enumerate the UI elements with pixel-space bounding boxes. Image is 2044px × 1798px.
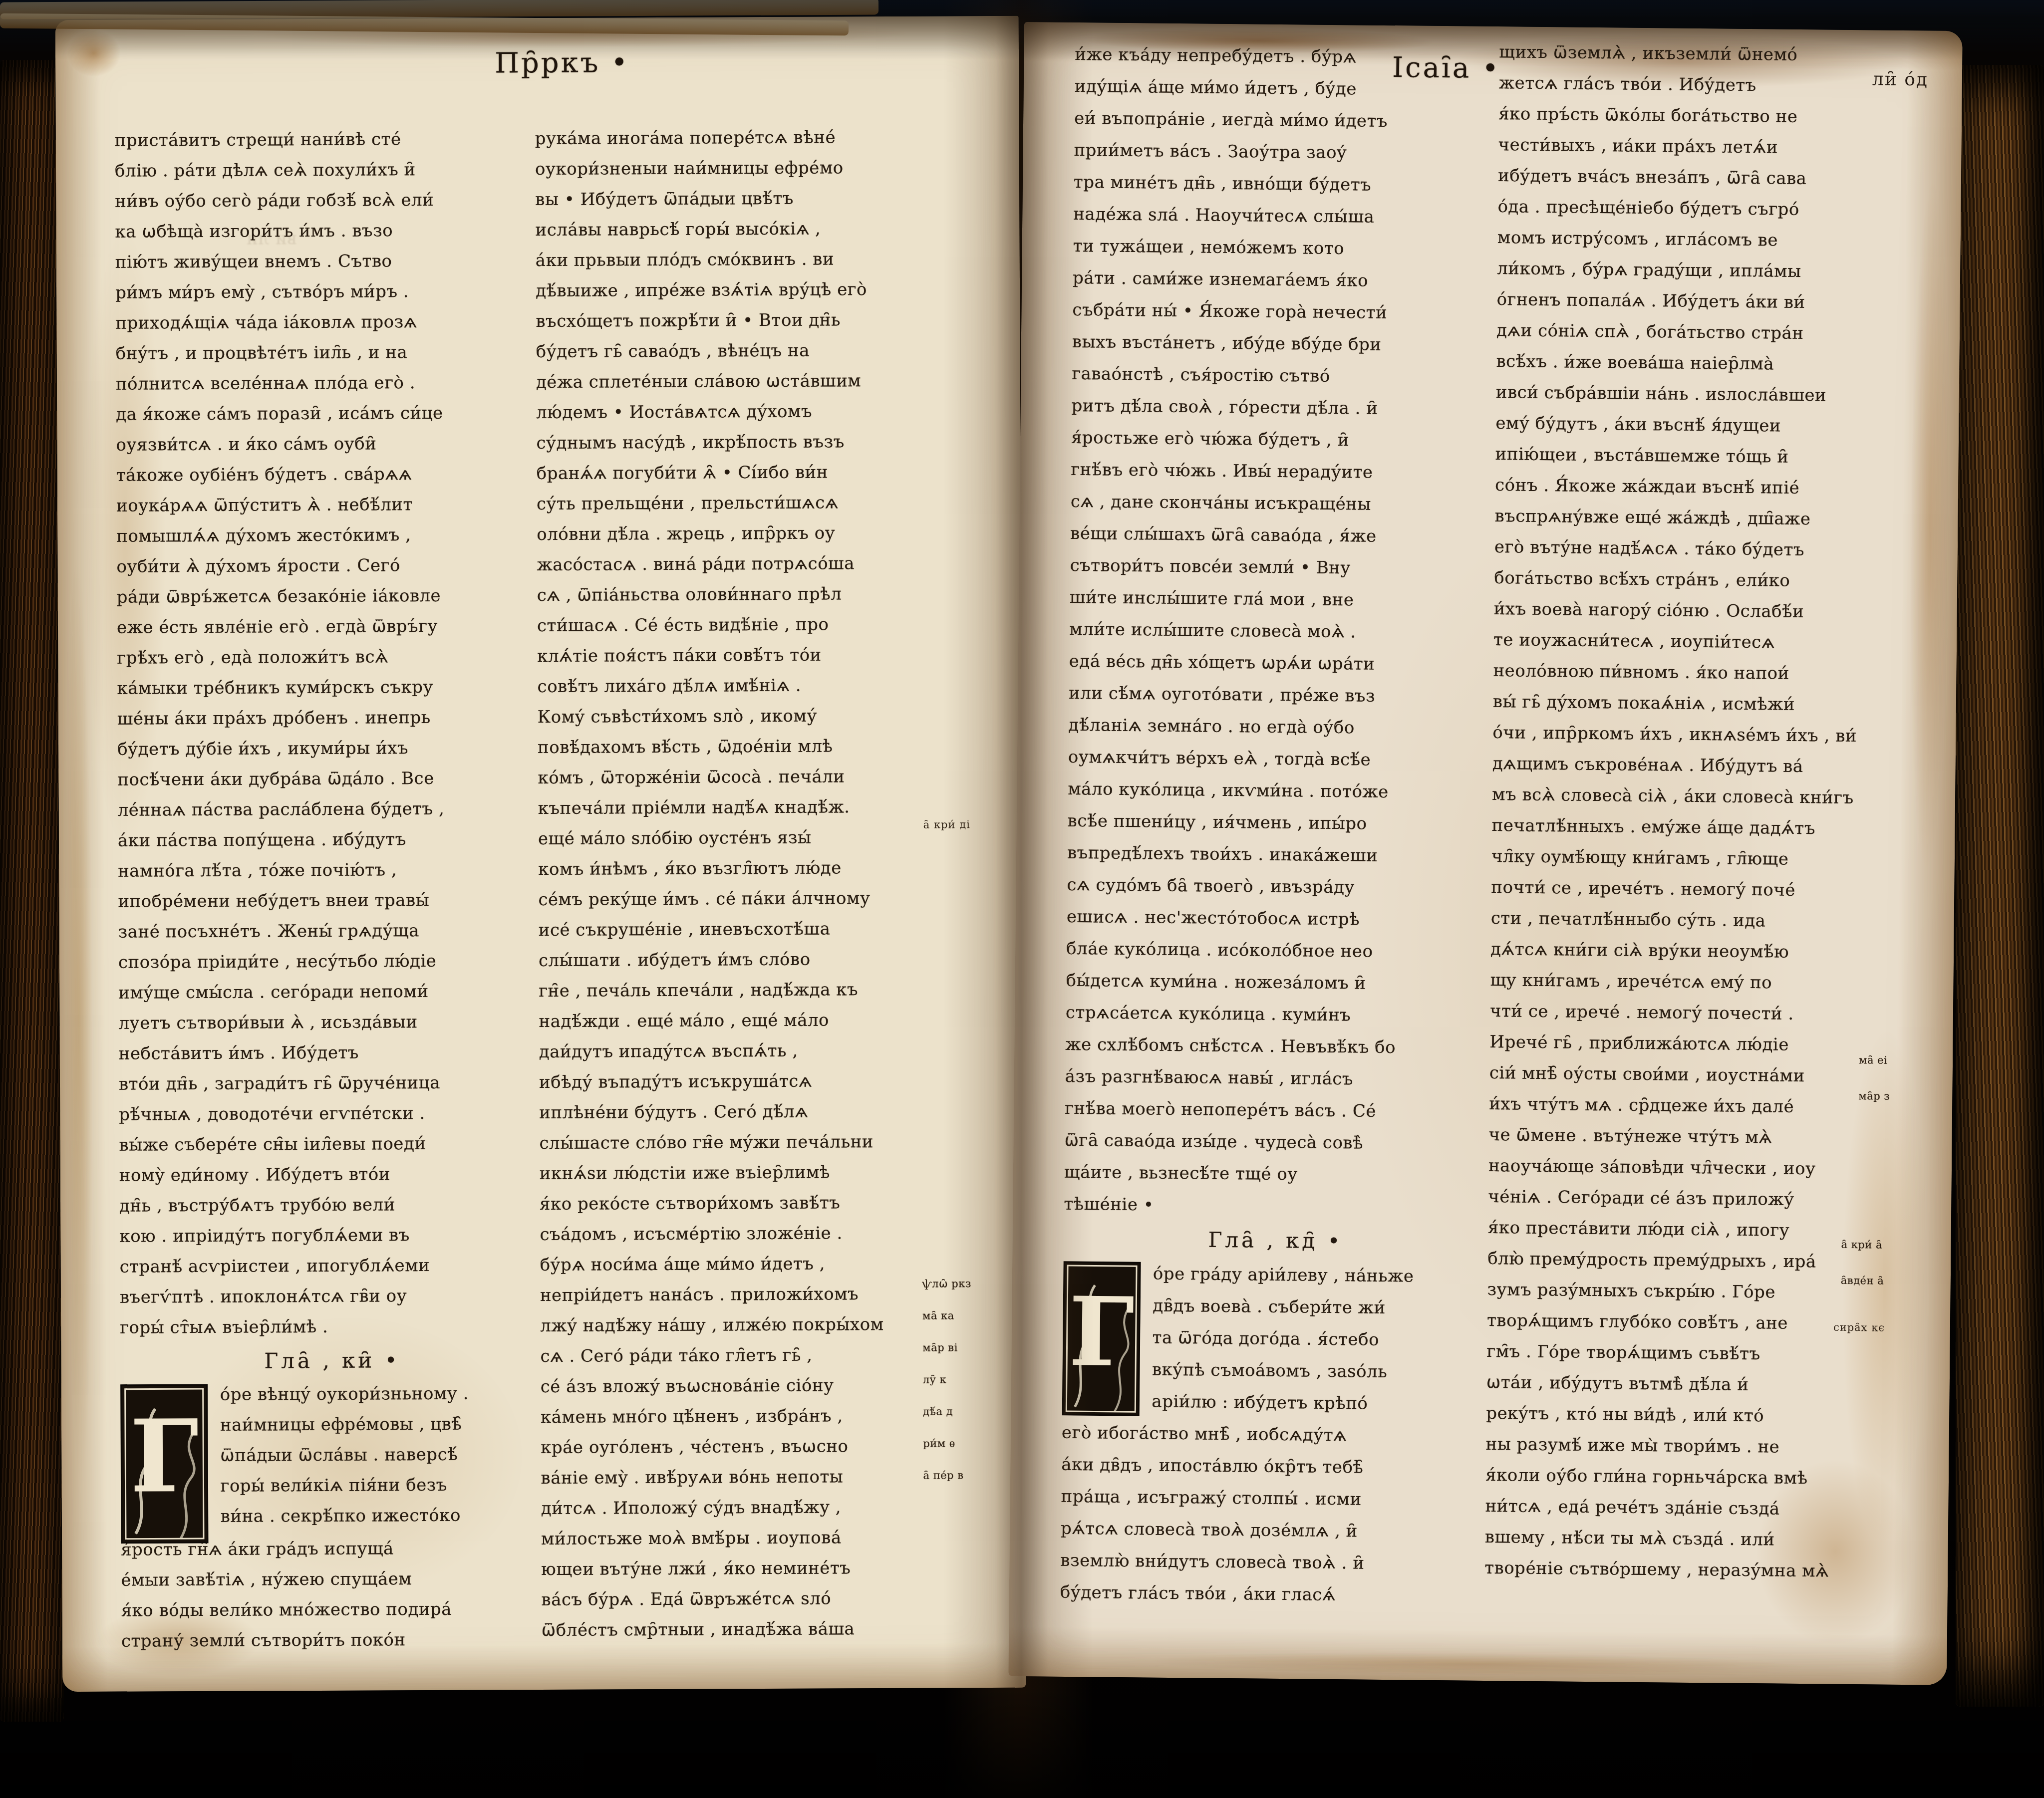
text-line: ше́ны а́ки пра́хъ дро́бенъ . инепрь — [117, 702, 542, 735]
text-line: лу̑ к — [922, 1363, 971, 1395]
text-line: че ѿмене . въту́неже чту́тъ мѧ̀ — [1488, 1119, 1923, 1154]
text-line: иму́ще смы́сла . сего́ради непоми́ — [118, 976, 543, 1009]
text-line: спозо́ра пріиди́те , несу́тьбо лю́діе — [118, 946, 543, 978]
text-line: клѧ́тіе поя́стъ па́ки совѣ́тъ то́и — [537, 639, 966, 672]
right-column-2: щихъ ѿземлѧ̀ , икъземли́ ѿнемо́жетсѧ гла… — [1484, 36, 1934, 1587]
text-line: гн̑е , печа́ль кпеча́ли , надѣ́жда къ — [539, 974, 968, 1007]
text-line: ритъ дѣ́ла своѧ̀ , го́рести дѣ́ла . и̑ — [1071, 390, 1496, 426]
text-line: да я́коже са́мъ порази̑ , иса́мъ си́це — [116, 398, 540, 430]
text-line: щу кни́гамъ , ирече́тсѧ ему́ по — [1490, 965, 1925, 1000]
text-line: о́гненъ попала́ѧ . Ибу́детъ а́ки ви́ — [1496, 284, 1931, 319]
text-line: ны разумѣ́ иже мы̀ твори́мъ . не — [1485, 1429, 1920, 1464]
text-line: ешисѧ . нес'жесто́тобосѧ истрѣ — [1066, 901, 1491, 937]
text-line: еда́ ве́сь дн̑ь хо́щетъ ѡрѧ́и ѡра́ти — [1069, 645, 1493, 681]
text-line: де́жа сплете́ныи сла́вою ѡста́вшим — [536, 365, 965, 398]
text-line: его̀ въту́не надѣ́ѧсѧ . та́ко бу́детъ — [1494, 531, 1929, 566]
woodcut-initial-G: Г — [1062, 1261, 1141, 1418]
text-line: е́мыи завѣ́тіѧ , ну́жею спуща́ем — [121, 1563, 545, 1596]
text-line: я́ростьже его̀ чю́жа бу́детъ , и̑ — [1071, 422, 1496, 458]
text-line: оуязви́тсѧ . и я́ко са́мъ оуби̑ — [116, 428, 540, 461]
text-line: ва́съ бу́рѧ . Еда́ ѿвръже́тсѧ ѕло́ — [541, 1583, 970, 1615]
margin-ref-line: а̑ кри́ а̑а̑вде́н а̑ — [1841, 1227, 1885, 1299]
text-line: а̑вде́н а̑ — [1841, 1263, 1884, 1299]
text-line: гм̑ъ . Го́ре творѧ́щимъ съвѣ́тъ — [1486, 1336, 1921, 1371]
text-line: почти́ се , ирече́тъ . немогу́ поче́ — [1491, 872, 1926, 907]
text-line: дѧи со́ніѧ спѧ̀ , бога́тьство стра́н — [1496, 315, 1931, 350]
book-photograph: Пр̑ркъ • ви ли приста́витъ стрещи́ нани́… — [0, 0, 2044, 1798]
text-line: приходѧ́щіѧ ча́да іа́ковлѧ прозѧ — [115, 306, 540, 339]
text-line: комъ и́нѣмъ , я́ко възгл̑ютъ лю́де — [538, 852, 967, 885]
text-line: печатлѣ́нныхъ . ему́же а́ще дадѧ́тъ — [1491, 810, 1926, 845]
margin-ref-line: ѱлѡ̑ ркзма̑ кама̑р вілу̑ кдѣ́а дри́м ѳа̑… — [922, 1268, 972, 1491]
text-line: бы́детсѧ куми́на . ножеза́ломъ и̑ — [1066, 965, 1490, 1001]
text-line: дѣ́а д — [923, 1395, 972, 1427]
text-line: небста́витъ и́мъ . Ибу́детъ — [119, 1037, 543, 1069]
text-line: прии́метъ ва́съ . Заоу́тра заоу́ — [1074, 134, 1498, 170]
text-line: даи́дутъ ипаду́тсѧ въспѧ́ть , — [539, 1035, 968, 1067]
text-line: ма̑р ві — [922, 1331, 971, 1363]
text-line: наде́жа ѕла́ . Наоучи́тесѧ слы́ша — [1073, 198, 1498, 234]
text-line: непріи́детъ нана́съ . приложи́хомъ — [540, 1279, 969, 1311]
text-line: пію́тъ живу́щеи внемъ . Сътво — [115, 246, 540, 278]
text-line: щихъ ѿземлѧ̀ , икъземли́ ѿнемо́ — [1499, 36, 1934, 71]
initial-adjacent-text: о́ре вѣнцу́ оукори́зньному .наи́мницы еф… — [220, 1378, 545, 1532]
text-line: кра́е оуго́ленъ , че́стенъ , въѡсно — [541, 1431, 970, 1463]
text-line: горы́ ст̑ыѧ въіер̑ли́мѣ . — [120, 1311, 544, 1343]
text-line: чести́выхъ , иа́ки пра́хъ летѧ́и — [1498, 129, 1933, 164]
text-line: помышлѧ́ѧ ду́хомъ жесто́кимъ , — [116, 519, 541, 552]
text-line: ющеи въту́не лжи́ , я́ко немине́тъ — [541, 1552, 970, 1585]
text-line: ему́ бу́дутъ , а́ки въснѣ́ я́дущеи — [1495, 408, 1930, 443]
text-line: всѣ́е пшени́цу , ия́чмень , ипы́ро — [1067, 805, 1492, 841]
text-line: о́ре гра́ду аріи́леву , на́ньже — [1153, 1258, 1488, 1293]
column-text: и́же къа́ду непребу́детъ . бу́рѧиду́щіѧ … — [1064, 38, 1499, 1224]
text-line: въпредѣ́лехъ твои́хъ . инака́жеши — [1067, 837, 1492, 873]
text-line: вы́ гь̑ ду́хомъ покаѧ́ніѧ , исмѣжи́ — [1493, 686, 1928, 721]
text-line: а̑ кри́ а̑ — [1841, 1227, 1884, 1263]
column-text: приста́витъ стрещи́ нани́вѣ сте́блію . р… — [115, 124, 545, 1343]
text-line: дѣ́ланіѧ земна́го . но егда̀ оу́бо — [1068, 709, 1493, 745]
text-line: а́зъ разгнѣ́ваюсѧ навы́ , игла́съ — [1065, 1060, 1489, 1096]
text-line: момъ истру́сомъ , игла́сомъ ве — [1497, 222, 1932, 257]
text-line: вку́пѣ съмоа́вомъ , заѕо́ль — [1152, 1354, 1487, 1389]
margin-cross-references: ѱлѡ̑ ркзма̑ кама̑р вілу̑ кдѣ́а дри́м ѳа̑… — [922, 1268, 972, 1491]
text-line: лжу́ надѣ́жу на́шу , илже́ю покры́хом — [540, 1309, 969, 1341]
text-line: повѣ́дахомъ вѣ́сть , ѿдое́ніи млѣ — [538, 731, 967, 763]
text-line: жасо́стасѧ . вина́ ра́ди потрѧсо́ша — [537, 548, 966, 580]
text-line: иплѣне́ни бу́дутъ . Сего́ дѣ́лѧ — [539, 1096, 968, 1128]
text-line: те иоужасни́тесѧ , иоупіи́тесѧ — [1493, 624, 1928, 659]
text-line: оукори́зненыи наи́мницы ефре́мо — [535, 152, 964, 185]
text-line: слы́шасте сло́во гн̑е му́жи печа́льни — [539, 1126, 968, 1159]
text-line: исла́вы наврьсѣ́ горы́ высо́кіѧ , — [535, 213, 964, 246]
text-line: та́коже оубіе́нъ бу́детъ . сва́рѧѧ — [116, 459, 541, 491]
text-line: луетъ сътвори́выи ѧ̀ , исьзда́выи — [118, 1007, 543, 1039]
text-line: стрѧса́етсѧ куко́лица . куми́нъ — [1066, 997, 1490, 1032]
text-line: надѣ́жди . еще́ ма́ло , еще́ ма́ло — [539, 1005, 968, 1037]
text-line: оуби́ти ѧ̀ ду́хомъ я́рости . Сего́ — [116, 550, 541, 582]
text-line: ѡта́и , ибу́дутъ вътмѣ̀ дѣ́ла и́ — [1486, 1367, 1921, 1402]
text-line: ви́на . секрѣ́пко ижесто́ко — [221, 1500, 545, 1532]
text-line: тѣше́ніе • — [1064, 1188, 1488, 1224]
margin-ref-line: ма̑ еіма̑р з — [1858, 1042, 1890, 1114]
text-line: ща́ите , вьзнесѣ́те тще́ оу — [1064, 1156, 1489, 1192]
text-line: оло́вни дѣ́ла . жрець , ипр̑ркъ оу — [537, 517, 966, 550]
text-line: рѧ́тсѧ словеса̀ твоѧ̀ дозе́млѧ , и̑ — [1061, 1513, 1485, 1548]
text-line: ма̑ еі — [1859, 1042, 1891, 1078]
text-line: ибѣду́ въпаду́тъ исъкруша́тсѧ — [539, 1065, 968, 1098]
text-line: исе́ съкруше́ніе , иневъсхотѣ́ша — [539, 913, 968, 946]
text-line: въегѵ́птѣ . ипоклонѧ́тсѧ гв̑и оу — [120, 1281, 544, 1313]
text-line: а́ки па́ства попу́щена . ибу́дутъ — [118, 824, 542, 856]
text-line: Кому́ съвѣсти́хомъ ѕло̀ , икому́ — [538, 700, 967, 733]
chapter-heading-28: Гла̑ , ки̑ • — [120, 1341, 544, 1380]
text-line: се́ а́зъ вложу́ въѡснова́ніе сіо́ну — [541, 1370, 970, 1402]
text-line: вшему , нѣ́си ты мѧ̀ създа́ . или́ — [1485, 1522, 1920, 1556]
text-line: че́ніѧ . Сего́ради се́ а́зъ приложу́ — [1488, 1181, 1923, 1216]
text-line: оумѧкчи́тъ ве́рхъ еѧ̀ , тогда̀ всѣ́е — [1068, 741, 1493, 777]
svg-text:Г: Г — [130, 1398, 199, 1516]
text-line: ва́ніе ему̀ . ивѣ́руѧи во́нь непоты — [541, 1461, 970, 1494]
text-line: събра́ти ны́ • Я́коже гора̀ нечести́ — [1072, 294, 1497, 330]
text-line: еще́ ма́ло ѕло́бію оусте́нъ язы́ — [538, 822, 967, 854]
text-line: сътвори́тъ повсе́и земли́ • Вну — [1070, 549, 1494, 585]
text-line: бу́детъ гь̑ савао́дъ , вѣне́цъ на — [536, 335, 965, 367]
chapter-opening: Г о́ре вѣнцу́ оукори́зньному .наи́мницы … — [120, 1378, 545, 1535]
margin-cross-references-1cor: а̑ кри́ а̑а̑вде́н а̑ — [1841, 1227, 1885, 1299]
text-line: дв̑дъ воева̀ . събери́те жи́ — [1153, 1290, 1487, 1325]
margin-cross-reference-sirach: сира̑х кє — [1833, 1321, 1885, 1334]
chapter-opening: Г о́ре гра́ду аріи́леву , на́ньжедв̑дъ в… — [1062, 1257, 1487, 1421]
text-line: бранѧ́ѧ погуби́ти ѧ̑ • Сі́ибо ви́н — [537, 457, 966, 489]
text-line: ибу́детъ вча́съ внеза́пъ , ѿга̑ сава — [1498, 160, 1933, 195]
text-line: ному̀ еди́ному . Ибу́детъ вто́и — [119, 1159, 544, 1191]
text-line: дн̑ь , въстру́бѧтъ трубо́ю вели́ — [119, 1189, 544, 1222]
text-line: бу́детъ гла́съ тво́и , а́ки гласѧ́ — [1060, 1576, 1484, 1612]
text-line: иду́щіѧ а́ще ми́мо и́детъ , бу́де — [1074, 70, 1499, 106]
text-line: ка́мень мно́го цѣ́ненъ , избра́нъ , — [541, 1400, 970, 1433]
text-line: тра мине́тъ дн̑ь , ивно́щи бу́детъ — [1074, 166, 1498, 202]
text-line: ивси́ събра́вшіи на́нь . иѕлосла́вшеи — [1496, 377, 1931, 412]
text-line: сѧ . Сего́ ра́ди та́ко гл̑етъ гь̑ , — [540, 1339, 969, 1372]
text-line: о́да . пресѣще́ніебо бу́детъ съгро́ — [1497, 191, 1932, 226]
text-line: совѣ́тъ лиха́го дѣ́лѧ имѣ́ніѧ . — [537, 670, 966, 702]
text-line: жетсѧ гла́съ тво́и . Ибу́детъ — [1499, 67, 1934, 102]
text-line: бла́е куко́лица . исо́коло́бное нео — [1066, 933, 1491, 969]
text-line: наи́мницы ефре́мовы , цвѣ̑ — [220, 1409, 545, 1441]
text-line: странѣ́ асѵріистеи , ипогублѧ́еми — [119, 1250, 544, 1283]
text-line: выхъ въста́нетъ , ибу́де вбу́де бри — [1072, 326, 1497, 362]
text-line: се́мъ реку́ще и́мъ . се́ па́ки а́лчному — [538, 883, 967, 915]
text-line: мли́те ислы́шите словеса̀ моѧ̀ . — [1069, 613, 1494, 649]
text-line: горы́ вели́кіѧ пія́ни безъ — [220, 1470, 545, 1502]
text-line: та ѿго́да дого́да . я́стебо — [1152, 1322, 1487, 1357]
text-line: чл̑ку оумѣ́ющу кни́гамъ , гл̑юще — [1491, 841, 1926, 876]
text-line: наоуча́юще за́повѣди чл̑чески , иоу — [1488, 1150, 1923, 1185]
text-line: ипію́щеи , въста́вшемже то́щь и̑ — [1495, 439, 1930, 474]
text-line: ра́ди ѿвръ́жетсѧ безако́ніе іа́ковле — [117, 580, 541, 613]
chapter-heading-29: Гла̑ , кд̑ • — [1063, 1220, 1488, 1261]
text-line: зане́ посъхне́тъ . Жены́ грѧду́ща — [118, 915, 543, 948]
text-line: ка ѡбѣща̀ изгори́тъ и́мъ . възо — [115, 215, 539, 248]
text-line: еже е́сть явле́ніе его̀ . егда̀ ѿвръ́гу — [117, 611, 541, 643]
text-line: вы́же събере́те сн̑ы іил̑евы поеди́ — [119, 1128, 543, 1161]
text-line: ми́лостьже моѧ̀ вмѣ́ры . иоупова́ — [541, 1522, 970, 1554]
text-line: въсхо́щетъ пожрѣ́ти и̑ • Втои дн̑ь — [536, 304, 965, 337]
text-line: я́ко пръ́сть ѿко́лы бога́тьство не — [1498, 98, 1933, 133]
text-line: сѧ , дане сконча́ны исъкраще́ны — [1070, 486, 1495, 521]
text-line: бу́рѧ носи́ма а́ще ми́мо и́детъ , — [540, 1248, 969, 1281]
text-line: ѱлѡ̑ ркз — [922, 1268, 971, 1299]
text-line: аріи́лю : ибу́детъ крѣпо́ — [1152, 1386, 1486, 1421]
text-line: по́лнитсѧ вселе́ннаѧ пло́да его̀ . — [116, 367, 540, 400]
text-line: ѿпа́дыи ѿсла́вы . наверсѣ́ — [220, 1439, 545, 1471]
text-line: рука́ма инога́ма попере́тсѧ вѣне́ — [535, 122, 964, 154]
text-line: ма́ло куко́лица , икѵми́на . пото́же — [1068, 773, 1492, 809]
text-line: ко́мъ , ѿторже́ніи ѿсоса̀ . печа́ли — [538, 761, 967, 793]
text-line: ни́въ оу́бо сего̀ ра́ди гобзѣ́ всѧ̀ ели́ — [115, 185, 539, 217]
text-line: ри́м ѳ — [923, 1427, 972, 1459]
text-line: ра́ти . сами́же изнемага́емъ я́ко — [1073, 262, 1497, 298]
text-line: ди́тсѧ . Иположу́ су́дъ внадѣ́жу , — [541, 1492, 970, 1524]
text-line: грѣ́хъ его̀ , еда̀ положи́тъ всѧ̀ — [117, 641, 541, 674]
text-line: бну́тъ , и процвѣте́тъ іил̑ь , и на — [115, 337, 540, 369]
right-column-1: и́же къа́ду непребу́детъ . бу́рѧиду́щіѧ … — [1060, 38, 1499, 1612]
text-line: рѣ́чныѧ , доводоте́чи егѵпе́тски . — [119, 1098, 543, 1130]
text-line: его̀ ибога́ство мнѣ̑ , иобсѧду́тѧ — [1062, 1417, 1486, 1453]
text-line: вы • Ибу́детъ ѿпа́дыи цвѣ́тъ — [535, 183, 964, 215]
text-line: икнѧ́ѕи лю́дстіи иже въіер̑лимѣ — [540, 1157, 969, 1189]
column-text: щихъ ѿземлѧ̀ , икъземли́ ѿнемо́жетсѧ гла… — [1484, 36, 1934, 1587]
text-line: сти , печатлѣ́нныбо су́ть . ида — [1491, 903, 1926, 938]
text-line: кою . ипріиду́тъ погублѧ́еми въ — [119, 1220, 544, 1252]
text-line: же схлѣ́бомъ снѣ́стсѧ . Невъвѣ́къ бо — [1065, 1028, 1490, 1064]
left-column-1: приста́витъ стрещи́ нани́вѣ сте́блію . р… — [115, 124, 546, 1657]
text-line: дѧ́тсѧ кни́ги сіѧ̀ вру́ки неоумѣ́ю — [1490, 934, 1925, 969]
text-line: ѿбле́стъ смр̑тныи , инадѣ́жа ва́ша — [542, 1613, 971, 1646]
text-line: слы́шати . ибу́детъ и́мъ сло́во — [539, 944, 968, 976]
text-line: о́чи , ипр̑ркомъ и́хъ , икнѧѕе́мъ и́хъ ,… — [1492, 717, 1927, 752]
binding-page-edges-left — [0, 60, 64, 1722]
text-line: сѧ , ѿпіа́ньства олови́ннаго прѣл — [537, 578, 966, 611]
text-line: бу́детъ ду́біе и́хъ , икуми́ры и́хъ — [117, 733, 542, 765]
fore-edge-page-stack-right — [1956, 65, 2044, 1707]
text-line: ри́мъ ми́ръ ему̀ , сътво́ръ ми́ръ . — [115, 276, 540, 308]
text-line: ма̑р з — [1858, 1078, 1890, 1114]
text-line: творе́ніе сътво́ршему , неразу́мна мѧ̀ — [1484, 1552, 1919, 1587]
left-page: Пр̑ркъ • ви ли приста́витъ стрещи́ нани́… — [55, 16, 1026, 1692]
text-line: посѣ́чени а́ки дубра́ва ѿда́ло . Все — [117, 763, 542, 795]
text-line: блію . ра́ти дѣлѧ сеѧ̀ похули́хъ и̑ — [115, 154, 539, 187]
text-line: а́ки прьвыи пло́дъ смо́квинъ . ви — [536, 244, 965, 276]
right-page: Ісаі̑а • ли̑ о́д и́же къа́ду непребу́дет… — [1008, 22, 1963, 1685]
text-line: или сѣ́мѧ оугото́вати , пре́же въз — [1069, 677, 1493, 713]
text-line: гавао́нстѣ , съя́ростію сътво́ — [1072, 358, 1496, 394]
woodcut-initial-G: Г — [120, 1384, 209, 1546]
text-line: чти́ се , ирече́ . немогу́ почести́ . — [1490, 996, 1925, 1030]
text-line: съа́домъ , исъсме́ртію зложе́ніе . — [540, 1218, 969, 1250]
text-line: къпеча́ли пріе́мли надѣ́ѧ кнадѣ́ж. — [538, 791, 967, 824]
text-line: а́ки дв̑дъ , ипоста́влю о́кр̑тъ тебѣ̑ — [1061, 1449, 1486, 1485]
text-line: дѣ́выиже , ипре́же взѧ́тіѧ вру́цѣ его̀ — [536, 274, 965, 306]
margin-gloss-1cor14: а̑ кри́ ді — [923, 818, 970, 830]
column-text: его̀ ибога́ство мнѣ̑ , иобсѧду́тѧа́ки дв… — [1060, 1417, 1486, 1612]
text-line: лю́демъ • Иоста́вѧтсѧ ду́хомъ — [536, 396, 965, 428]
text-line: неоло́вною пи́вномъ . я́ко напои́ — [1493, 655, 1928, 690]
text-line: со́нъ . Я́коже жа́ждаи въснѣ́ ипіе́ — [1495, 470, 1930, 505]
text-line: о́ре вѣнцу́ оукори́зньному . — [220, 1378, 545, 1410]
text-line: ипобре́мени небу́детъ внеи травы́ — [118, 885, 542, 917]
text-line: ма̑ ка — [922, 1299, 971, 1331]
left-column-2: рука́ма инога́ма попере́тсѧ вѣне́оукори́… — [535, 122, 971, 1646]
text-line: гнѣ́ва моего̀ непопере́тъ ва́съ . Се́ — [1065, 1092, 1489, 1128]
text-line: ле́ннаѧ па́ства расла́блена бу́детъ , — [117, 793, 542, 826]
text-line: ши́те инслы́шите гла́ мои , вне — [1070, 581, 1494, 617]
text-line: гнѣ́въ его̀ чю́жь . Ивы́ нераду́ите — [1071, 454, 1495, 490]
text-line: ли́комъ , бу́рѧ граду́щи , ипла́мы — [1497, 253, 1932, 288]
text-line: дѧщимъ съкрове́наѧ . Ибу́дутъ ва́ — [1492, 748, 1927, 783]
text-line: намно́га лѣ́та , то́же почію́тъ , — [118, 854, 542, 887]
text-line: мъ всѧ̀ словеса̀ сіѧ̀ , а́ки словеса̀ кн… — [1492, 779, 1927, 814]
column-text: рука́ма инога́ма попере́тсѧ вѣне́оукори́… — [535, 122, 971, 1646]
text-line: ве́щи слы́шахъ ѿга̑ савао́да , я́же — [1070, 517, 1495, 553]
text-line: реку́тъ , кто́ ны ви́дѣ , или́ кто́ — [1486, 1398, 1921, 1433]
text-line: ка́мыки тре́бникъ куми́рскъ съкру — [117, 672, 541, 704]
text-line: и́же къа́ду непребу́детъ . бу́рѧ — [1075, 38, 1499, 74]
text-line: страну́ земли́ сътвори́тъ поко́н — [121, 1624, 546, 1657]
text-line: въспрѧну́вже еще́ жа́ждѣ , дш̑аже — [1494, 501, 1929, 535]
svg-text:Г: Г — [1068, 1276, 1135, 1388]
text-line: иоука́рѧѧ ѿпу́ститъ ѧ̀ . небѣ́лит — [116, 489, 541, 521]
text-line: су́ть прельще́ни , прельсти́шѧсѧ — [537, 487, 966, 519]
running-title-left: Пр̑ркъ • — [495, 46, 629, 79]
text-line: бога́тьство всѣ́хъ стра́нъ , ели́ко — [1494, 562, 1929, 597]
text-line: ѿга̑ савао́да изы́де . чудеса̀ совѣ̀ — [1064, 1124, 1489, 1160]
text-line: и́хъ воева̀ нагору́ сіо́ню . Ослабѣ́и — [1493, 593, 1928, 628]
text-line: вто́и дн̑ь , загради́тъ гь̑ ѿруче́ница — [119, 1067, 543, 1100]
text-line: я́коли оу́бо гли́на горньча́рска вмѣ — [1485, 1460, 1920, 1495]
text-line: ни́тсѧ , еда́ рече́тъ зда́ніе създа́ — [1485, 1491, 1920, 1526]
initial-adjacent-text: о́ре гра́ду аріи́леву , на́ньжедв̑дъ вое… — [1152, 1258, 1487, 1421]
text-line: сти́шасѧ . Се́ е́сть видѣ́ніе , про — [537, 609, 966, 641]
text-line: пра́ща , исъгражу́ столпы́ . исми — [1061, 1481, 1485, 1517]
text-line: вземлю̀ вни́дутъ словеса̀ твоѧ̀ . и̑ — [1060, 1544, 1485, 1580]
text-line: сѧ судо́мъ ба̑ твоего̀ , ивъзра́ду — [1067, 869, 1491, 905]
text-line: я́ко реко́сте сътвори́хомъ завѣ́тъ — [540, 1187, 969, 1220]
column-text: я́рость гн̑ѧ а́ки гра́дъ испуща́е́мыи за… — [121, 1533, 546, 1657]
text-line: су́днымъ насу́дѣ , икрѣ́пость възъ — [536, 426, 965, 459]
text-line: я́ко во́ды вели́ко мно́жество подира́ — [121, 1594, 545, 1626]
text-line: еи́ въпопра́ніе , иегда̀ ми́мо и́детъ — [1074, 102, 1499, 138]
text-line: приста́витъ стрещи́ нани́вѣ сте́ — [115, 124, 539, 156]
text-line: всѣ́хъ . и́же воева́ша наіер̑лма̀ — [1496, 346, 1931, 381]
margin-cross-references-matt-mark: ма̑ еіма̑р з — [1858, 1042, 1890, 1114]
text-line: ти тужа́щеи , немо́жемъ кото — [1073, 230, 1497, 266]
text-line: а̑ пе́р в — [923, 1459, 972, 1491]
